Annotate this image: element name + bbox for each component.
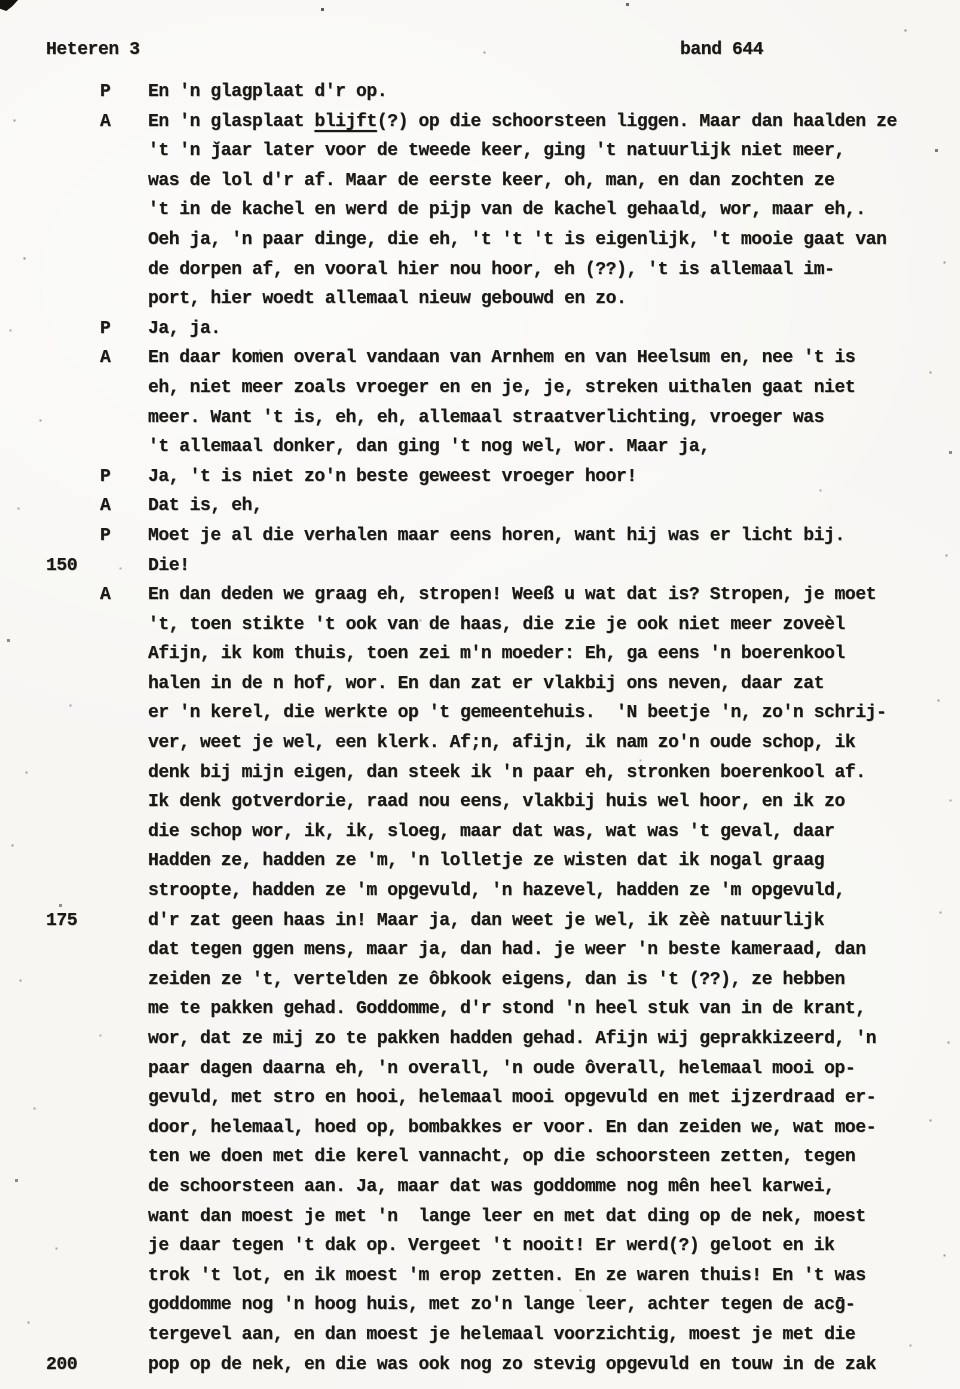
transcript-line: 't allemaal donker, dan ging 't nog wel,… [0,433,960,463]
line-text: je daar tegen 't dak op. Vergeet 't nooi… [148,1232,960,1262]
text-segment: dat tegen ggen mens, maar ja, dan had. j… [148,940,866,960]
page-header: Heteren 3 band 644 [0,40,960,64]
line-text: halen in de n hof, wor. En dan zat er vl… [148,670,960,700]
transcript-line: A En 'n glasplaat blijft(?) op die schoo… [0,108,960,138]
text-segment: d'r zat geen haas in! Maar ja, dan weet … [148,911,824,931]
text-segment: 't in de kachel en werd de pijp van de k… [148,200,866,220]
line-text: meer. Want 't is, eh, eh, allemaal straa… [148,404,960,434]
text-segment: denk bij mijn eigen, dan steek ik 'n paa… [148,763,866,783]
line-number: 200 [0,1351,100,1381]
transcript-line: zeiden ze 't, vertelden ze ôbkook eigens… [0,966,960,996]
transcript-line: je daar tegen 't dak op. Vergeet 't nooi… [0,1232,960,1262]
text-segment: je daar tegen 't dak op. Vergeet 't nooi… [148,1236,835,1256]
speaker-label: A [100,581,148,611]
transcript-line: eh, niet meer zoals vroeger en en je, je… [0,374,960,404]
line-text: want dan moest je met 'n lange leer en m… [148,1203,960,1233]
line-text: paar dagen daarna eh, 'n overall, 'n oud… [148,1055,960,1085]
transcript-line: 150 Die! [0,552,960,582]
document-title: Heteren 3 [46,40,140,60]
text-segment: goddomme nog 'n hoog huis, met zo'n lang… [148,1295,855,1315]
band-number: band 644 [680,40,763,60]
line-text: En 'n glasplaat blijft(?) op die schoors… [148,108,960,138]
text-segment: Afijn, ik kom thuis, toen zei m'n moeder… [148,644,845,664]
text-segment: ver, weet je wel, een klerk. Af;n, afijn… [148,733,855,753]
transcript-line: stroopte, hadden ze 'm opgevuld, 'n haze… [0,877,960,907]
speaker-label: P [100,522,148,552]
transcript-line: me te pakken gehad. Goddomme, d'r stond … [0,995,960,1025]
transcript-line: P Moet je al die verhalen maar eens hore… [0,522,960,552]
line-text: 't allemaal donker, dan ging 't nog wel,… [148,433,960,463]
text-segment: Ik denk gotverdorie, raad nou eens, vlak… [148,792,845,812]
line-number: 150 [0,552,100,582]
line-text: door, helemaal, hoed op, bombakkes er vo… [148,1114,960,1144]
line-text: port, hier woedt allemaal nieuw gebouwd … [148,285,960,315]
transcript-line: want dan moest je met 'n lange leer en m… [0,1203,960,1233]
line-text: zeiden ze 't, vertelden ze ôbkook eigens… [148,966,960,996]
line-text: tergevel aan, en dan moest je helemaal v… [148,1321,960,1351]
transcript-line: 't 'n ǰaar later voor de tweede keer, gi… [0,137,960,167]
transcript-line: was de lol d'r af. Maar de eerste keer, … [0,167,960,197]
text-segment: stroopte, hadden ze 'm opgevuld, 'n haze… [148,881,845,901]
line-text: trok 't lot, en ik moest 'm erop zetten.… [148,1262,960,1292]
line-text: En 'n glagplaat d'r op. [148,78,960,108]
scanned-transcript-page: Heteren 3 band 644 P En 'n glagplaat d'r… [0,0,960,1389]
line-text: 't, toen stikte 't ook van de haas, die … [148,611,960,641]
line-text: Die! [148,552,960,582]
line-text: 't 'n ǰaar later voor de tweede keer, gi… [148,137,960,167]
speaker-label: P [100,315,148,345]
line-text: Dat is, eh, [148,492,960,522]
transcript-line: ten we doen met die kerel vannacht, op d… [0,1143,960,1173]
text-segment: 't 'n ǰaar later voor de tweede keer, gi… [148,141,845,161]
text-segment: pop op de nek, en die was ook nog zo ste… [148,1355,876,1375]
transcript-line: denk bij mijn eigen, dan steek ik 'n paa… [0,759,960,789]
text-segment: En dan deden we graag eh, stropen! Weeß … [148,585,876,605]
text-segment: Moet je al die verhalen maar eens horen,… [148,526,845,546]
speaker-label: A [100,344,148,374]
line-text: denk bij mijn eigen, dan steek ik 'n paa… [148,759,960,789]
text-segment: halen in de n hof, wor. En dan zat er vl… [148,674,824,694]
line-text: stroopte, hadden ze 'm opgevuld, 'n haze… [148,877,960,907]
transcript-line: port, hier woedt allemaal nieuw gebouwd … [0,285,960,315]
line-number: 175 [0,907,100,937]
text-segment: de dorpen af, en vooral hier nou hoor, e… [148,260,835,280]
line-text: En dan deden we graag eh, stropen! Weeß … [148,581,960,611]
text-segment: Die! [148,556,190,576]
transcript-line: gevuld, met stro en hooi, helemaal mooi … [0,1084,960,1114]
line-text: Oeh ja, 'n paar dinge, die eh, 't 't 't … [148,226,960,256]
transcript-body: P En 'n glagplaat d'r op. A En 'n glaspl… [0,78,960,1380]
transcript-line: P Ja, 't is niet zo'n beste geweest vroe… [0,463,960,493]
line-text: Ja, ja. [148,315,960,345]
line-text: was de lol d'r af. Maar de eerste keer, … [148,167,960,197]
transcript-line: 't, toen stikte 't ook van de haas, die … [0,611,960,641]
transcript-line: de dorpen af, en vooral hier nou hoor, e… [0,256,960,286]
text-segment: gevuld, met stro en hooi, helemaal mooi … [148,1088,876,1108]
line-text: die schop wor, ik, ik, sloeg, maar dat w… [148,818,960,848]
text-segment: me te pakken gehad. Goddomme, d'r stond … [148,999,866,1019]
speaker-label: A [100,492,148,522]
line-text: wor, dat ze mij zo te pakken hadden geha… [148,1025,960,1055]
line-text: ten we doen met die kerel vannacht, op d… [148,1143,960,1173]
line-text: dat tegen ggen mens, maar ja, dan had. j… [148,936,960,966]
text-segment: was de lol d'r af. Maar de eerste keer, … [148,171,835,191]
transcript-line: dat tegen ggen mens, maar ja, dan had. j… [0,936,960,966]
line-text: gevuld, met stro en hooi, helemaal mooi … [148,1084,960,1114]
line-text: d'r zat geen haas in! Maar ja, dan weet … [148,907,960,937]
text-segment: paar dagen daarna eh, 'n overall, 'n oud… [148,1059,855,1079]
transcript-line: Hadden ze, hadden ze 'm, 'n lolletje ze … [0,847,960,877]
text-segment: meer. Want 't is, eh, eh, allemaal straa… [148,408,824,428]
text-segment: door, helemaal, hoed op, bombakkes er vo… [148,1118,876,1138]
text-segment: de schoorsteen aan. Ja, maar dat was god… [148,1177,835,1197]
transcript-line: Ik denk gotverdorie, raad nou eens, vlak… [0,788,960,818]
text-segment: port, hier woedt allemaal nieuw gebouwd … [148,289,626,309]
text-segment: (?) op die schoorsteen liggen. Maar dan … [377,112,897,132]
line-text: Ik denk gotverdorie, raad nou eens, vlak… [148,788,960,818]
line-text: eh, niet meer zoals vroeger en en je, je… [148,374,960,404]
transcript-line: Afijn, ik kom thuis, toen zei m'n moeder… [0,640,960,670]
line-text: Ja, 't is niet zo'n beste geweest vroege… [148,463,960,493]
line-text: me te pakken gehad. Goddomme, d'r stond … [148,995,960,1025]
text-segment: 't allemaal donker, dan ging 't nog wel,… [148,437,710,457]
text-segment: er 'n kerel, die werkte op 't gemeentehu… [148,703,887,723]
text-segment: wor, dat ze mij zo te pakken hadden geha… [148,1029,876,1049]
text-segment: die schop wor, ik, ik, sloeg, maar dat w… [148,822,835,842]
underlined-word: blijft [314,112,376,132]
transcript-line: 't in de kachel en werd de pijp van de k… [0,196,960,226]
speaker-label: A [100,108,148,138]
line-text: er 'n kerel, die werkte op 't gemeentehu… [148,699,960,729]
speaker-label: P [100,78,148,108]
transcript-line: P En 'n glagplaat d'r op. [0,78,960,108]
line-text: Hadden ze, hadden ze 'm, 'n lolletje ze … [148,847,960,877]
transcript-line: die schop wor, ik, ik, sloeg, maar dat w… [0,818,960,848]
transcript-line: A En dan deden we graag eh, stropen! Wee… [0,581,960,611]
line-text: de dorpen af, en vooral hier nou hoor, e… [148,256,960,286]
transcript-line: 175 d'r zat geen haas in! Maar ja, dan w… [0,907,960,937]
text-segment: En 'n glagplaat d'r op. [148,82,387,102]
line-text: Afijn, ik kom thuis, toen zei m'n moeder… [148,640,960,670]
text-segment: zeiden ze 't, vertelden ze ôbkook eigens… [148,970,845,990]
text-segment: Ja, 't is niet zo'n beste geweest vroege… [148,467,637,487]
transcript-line: halen in de n hof, wor. En dan zat er vl… [0,670,960,700]
transcript-line: trok 't lot, en ik moest 'm erop zetten.… [0,1262,960,1292]
transcript-line: A Dat is, eh, [0,492,960,522]
transcript-line: ver, weet je wel, een klerk. Af;n, afijn… [0,729,960,759]
text-segment: tergevel aan, en dan moest je helemaal v… [148,1325,855,1345]
transcript-line: goddomme nog 'n hoog huis, met zo'n lang… [0,1291,960,1321]
text-segment: En 'n glasplaat [148,112,314,132]
text-segment: eh, niet meer zoals vroeger en en je, je… [148,378,855,398]
transcript-line: wor, dat ze mij zo te pakken hadden geha… [0,1025,960,1055]
line-text: 't in de kachel en werd de pijp van de k… [148,196,960,226]
transcript-line: meer. Want 't is, eh, eh, allemaal straa… [0,404,960,434]
line-text: Moet je al die verhalen maar eens horen,… [148,522,960,552]
line-text: En daar komen overal vandaan van Arnhem … [148,344,960,374]
text-segment: Dat is, eh, [148,496,262,516]
text-segment: Hadden ze, hadden ze 'm, 'n lolletje ze … [148,851,824,871]
text-segment: Oeh ja, 'n paar dinge, die eh, 't 't 't … [148,230,887,250]
transcript-line: A En daar komen overal vandaan van Arnhe… [0,344,960,374]
scan-corner-artifact [0,0,18,11]
text-segment: Ja, ja. [148,319,221,339]
line-text: pop op de nek, en die was ook nog zo ste… [148,1351,960,1381]
transcript-line: er 'n kerel, die werkte op 't gemeentehu… [0,699,960,729]
transcript-line: de schoorsteen aan. Ja, maar dat was god… [0,1173,960,1203]
speaker-label: P [100,463,148,493]
transcript-line: paar dagen daarna eh, 'n overall, 'n oud… [0,1055,960,1085]
transcript-line: P Ja, ja. [0,315,960,345]
text-segment: ten we doen met die kerel vannacht, op d… [148,1147,855,1167]
transcript-line: door, helemaal, hoed op, bombakkes er vo… [0,1114,960,1144]
line-text: goddomme nog 'n hoog huis, met zo'n lang… [148,1291,960,1321]
text-segment: 't, toen stikte 't ook van de haas, die … [148,615,845,635]
transcript-line: 200 pop op de nek, en die was ook nog zo… [0,1351,960,1381]
line-text: de schoorsteen aan. Ja, maar dat was god… [148,1173,960,1203]
text-segment: trok 't lot, en ik moest 'm erop zetten.… [148,1266,866,1286]
text-segment: En daar komen overal vandaan van Arnhem … [148,348,855,368]
line-text: ver, weet je wel, een klerk. Af;n, afijn… [148,729,960,759]
transcript-line: tergevel aan, en dan moest je helemaal v… [0,1321,960,1351]
text-segment: want dan moest je met 'n lange leer en m… [148,1207,866,1227]
transcript-line: Oeh ja, 'n paar dinge, die eh, 't 't 't … [0,226,960,256]
